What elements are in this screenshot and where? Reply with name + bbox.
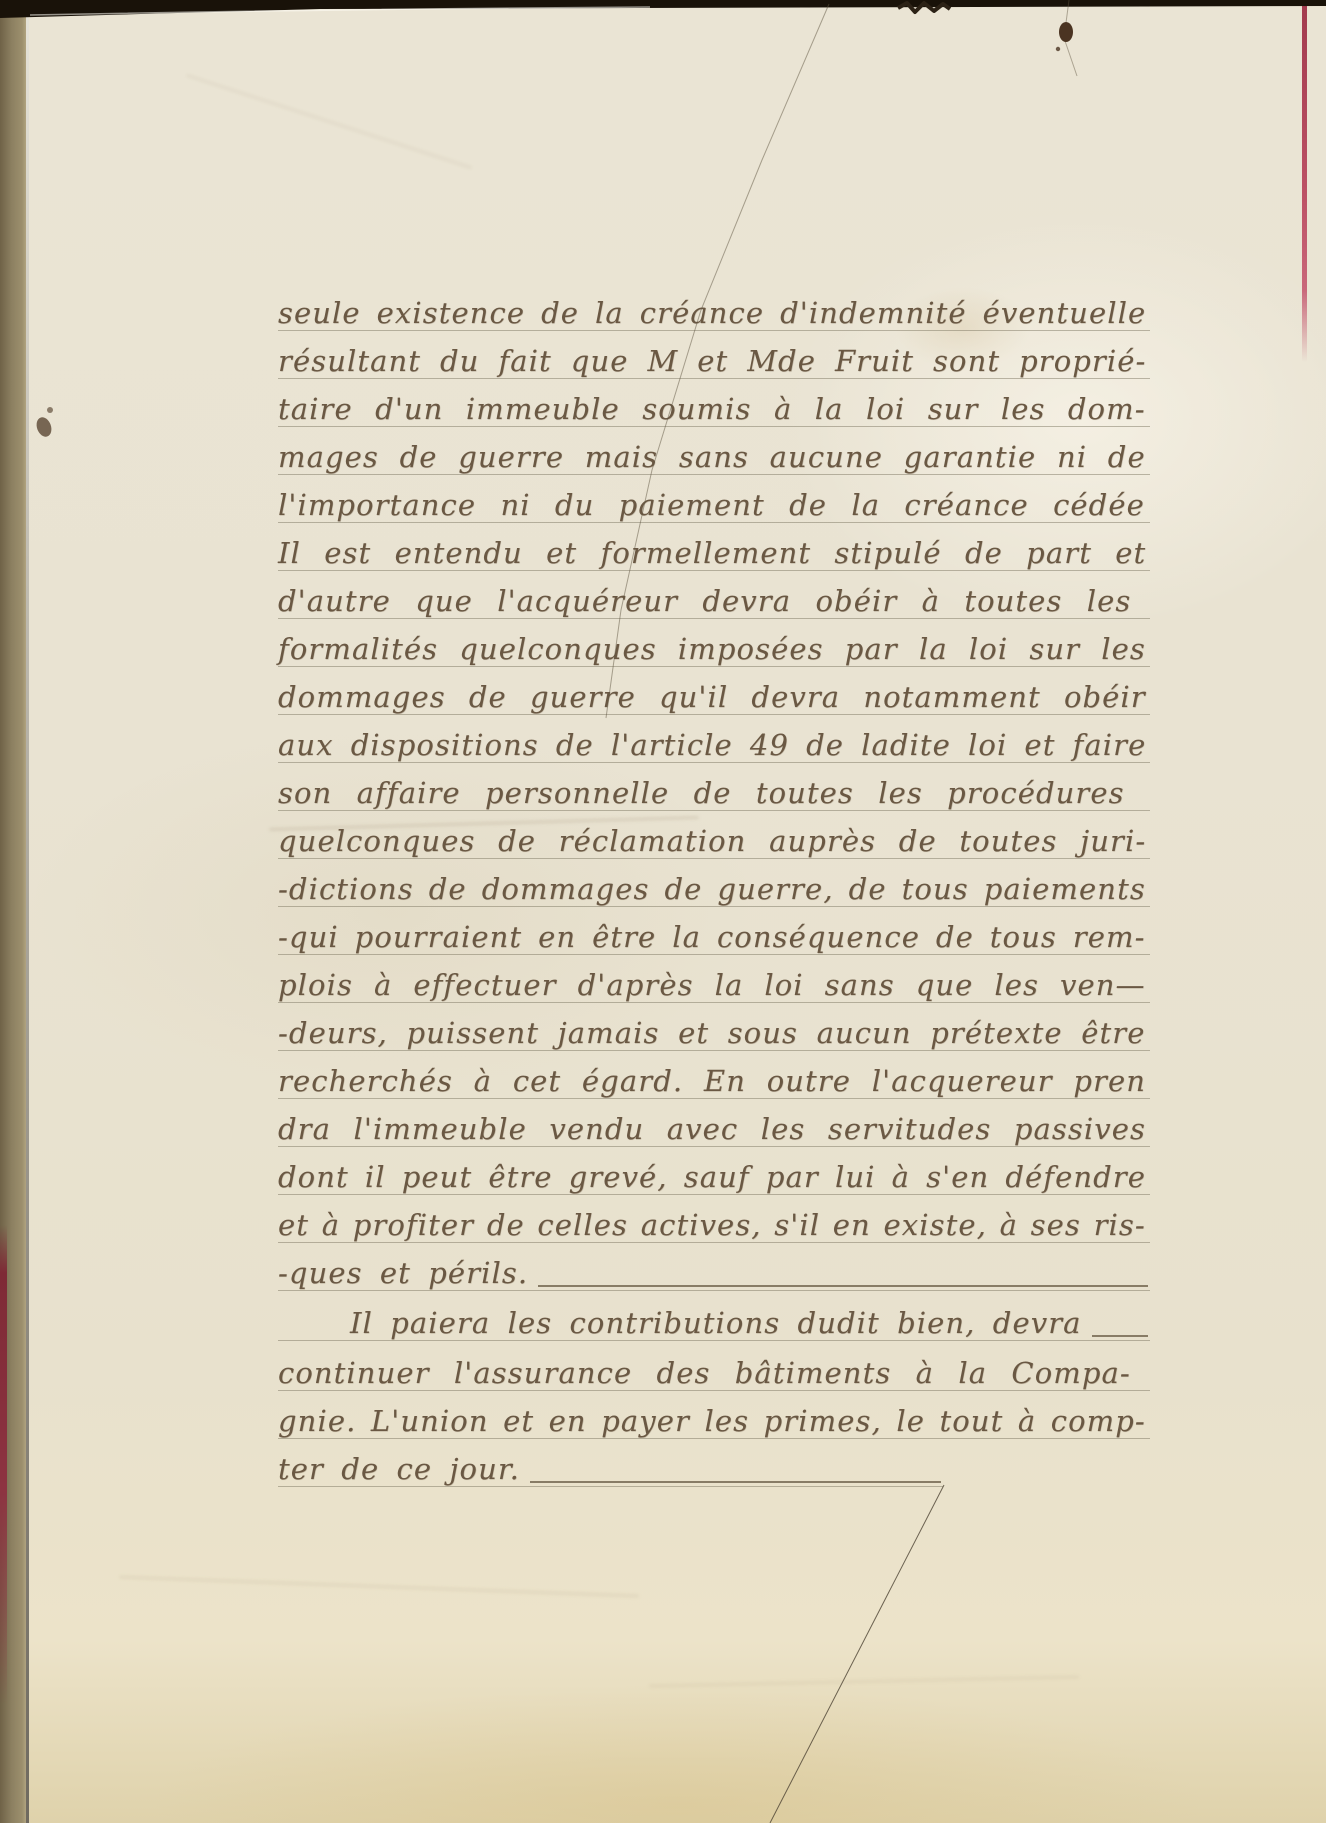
- line-text: -dictions de dommages de guerre, de tous…: [278, 874, 1146, 906]
- handwritten-line-6: Il est entendu et formellement stipulé d…: [278, 532, 1150, 571]
- paper-wrinkle: [186, 74, 472, 170]
- line-text: continuer l'assurance des bâtiments à la…: [278, 1358, 1131, 1390]
- paper-sheet: [29, 0, 1326, 1823]
- line-text: -ques et périls.: [278, 1258, 528, 1290]
- handwritten-line-20: et à profiter de celles actives, s'il en…: [278, 1204, 1150, 1243]
- handwritten-line-25: ter de ce jour.: [278, 1448, 943, 1487]
- binding-ribbon-red: [1302, 0, 1307, 362]
- handwritten-line-7: d'autre que l'acquéreur devra obéir à to…: [278, 580, 1150, 619]
- line-text: plois à effectuer d'après la loi sans qu…: [278, 970, 1146, 1002]
- line-text: et à profiter de celles actives, s'il en…: [278, 1210, 1146, 1242]
- paper-wrinkle: [649, 1675, 1079, 1687]
- handwritten-line-1: seule existence de la créance d'indemnit…: [278, 292, 1150, 331]
- handwritten-line-4: mages de guerre mais sans aucune garanti…: [278, 436, 1150, 475]
- line-text: -deurs, puissent jamais et sous aucun pr…: [278, 1018, 1146, 1050]
- handwritten-line-14: -qui pourraient en être la conséquence d…: [278, 916, 1150, 955]
- handwritten-line-23: continuer l'assurance des bâtiments à la…: [278, 1352, 1150, 1391]
- line-text: dommages de guerre qu'il devra notamment…: [278, 682, 1146, 714]
- handwritten-line-5: l'importance ni du paiement de la créanc…: [278, 484, 1150, 523]
- end-of-clause-rule: [538, 1285, 1148, 1287]
- handwritten-line-13: -dictions de dommages de guerre, de tous…: [278, 868, 1150, 907]
- line-text: mages de guerre mais sans aucune garanti…: [278, 442, 1146, 474]
- line-text: dont il peut être grevé, sauf par lui à …: [278, 1162, 1146, 1194]
- handwritten-line-19: dont il peut être grevé, sauf par lui à …: [278, 1156, 1150, 1195]
- handwritten-line-11: son affaire personnelle de toutes les pr…: [278, 772, 1150, 811]
- red-cover-edge: [0, 1225, 7, 1705]
- line-text: ter de ce jour.: [278, 1454, 520, 1486]
- line-text: taire d'un immeuble soumis à la loi sur …: [278, 394, 1146, 426]
- line-text: son affaire personnelle de toutes les pr…: [278, 778, 1125, 810]
- handwritten-line-24: gnie. L'union et en payer les primes, le…: [278, 1400, 1150, 1439]
- line-text: Il est entendu et formellement stipulé d…: [278, 538, 1146, 570]
- handwritten-line-18: dra l'immeuble vendu avec les servitudes…: [278, 1108, 1150, 1147]
- scanned-document-page: seule existence de la créance d'indemnit…: [0, 0, 1326, 1823]
- handwritten-line-22: Il paiera les contributions dudit bien, …: [278, 1302, 1150, 1341]
- handwritten-line-12: quelconques de réclamation auprès de tou…: [278, 820, 1150, 859]
- handwritten-line-17: recherchés à cet égard. En outre l'acque…: [278, 1060, 1150, 1099]
- handwritten-line-2: résultant du fait que M et Mde Fruit son…: [278, 340, 1150, 379]
- handwritten-line-16: -deurs, puissent jamais et sous aucun pr…: [278, 1012, 1150, 1051]
- handwritten-line-3: taire d'un immeuble soumis à la loi sur …: [278, 388, 1150, 427]
- line-text: l'importance ni du paiement de la créanc…: [278, 490, 1145, 522]
- line-text: gnie. L'union et en payer les primes, le…: [278, 1406, 1146, 1438]
- handwritten-line-10: aux dispositions de l'article 49 de ladi…: [278, 724, 1150, 763]
- end-of-line-rule: [1092, 1335, 1148, 1337]
- line-text: seule existence de la créance d'indemnit…: [278, 298, 1146, 330]
- line-text: -qui pourraient en être la conséquence d…: [278, 922, 1146, 954]
- end-of-clause-rule: [530, 1481, 941, 1483]
- handwritten-line-9: dommages de guerre qu'il devra notamment…: [278, 676, 1150, 715]
- line-text: d'autre que l'acquéreur devra obéir à to…: [278, 586, 1131, 618]
- line-text: aux dispositions de l'article 49 de ladi…: [278, 730, 1146, 762]
- line-text: Il paiera les contributions dudit bien, …: [350, 1308, 1082, 1340]
- paper-wrinkle: [119, 1575, 639, 1597]
- line-text: dra l'immeuble vendu avec les servitudes…: [278, 1114, 1146, 1146]
- line-text: formalités quelconques imposées par la l…: [278, 634, 1146, 666]
- handwritten-line-8: formalités quelconques imposées par la l…: [278, 628, 1150, 667]
- handwritten-line-15: plois à effectuer d'après la loi sans qu…: [278, 964, 1150, 1003]
- line-text: quelconques de réclamation auprès de tou…: [278, 826, 1146, 858]
- line-text: résultant du fait que M et Mde Fruit son…: [278, 346, 1146, 378]
- handwritten-line-21: -ques et périls.: [278, 1252, 1150, 1291]
- line-text: recherchés à cet égard. En outre l'acque…: [278, 1066, 1146, 1098]
